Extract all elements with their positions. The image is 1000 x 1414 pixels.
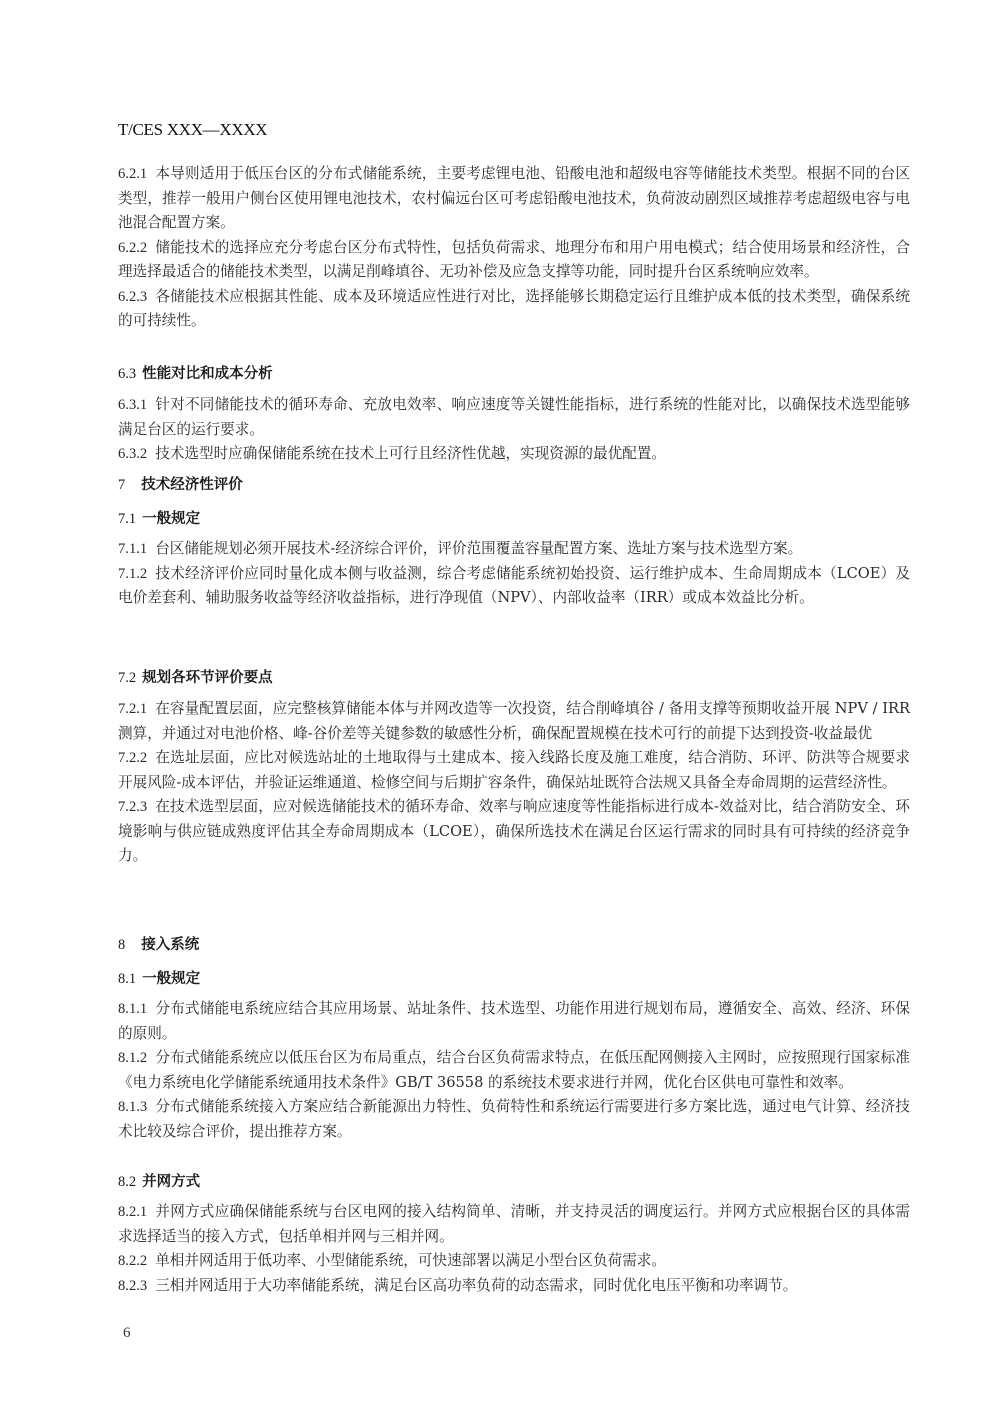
clause-number: 7.1.1 <box>118 541 147 557</box>
heading-number: 7.1 <box>118 511 136 527</box>
heading-number: 7.2 <box>118 670 136 686</box>
clause-7-2-1: 7.2.1在容量配置层面，应完整核算储能本体与并网改造等一次投资，结合削峰填谷 … <box>118 697 910 746</box>
clause-text: 本导则适用于低压台区的分布式储能系统，主要考虑锂电池、铅酸电池和超级电容等储能技… <box>118 165 910 231</box>
clause-number: 7.2.3 <box>118 799 147 815</box>
heading-8: 8接入系统 <box>118 933 199 954</box>
clause-number: 6.2.1 <box>118 166 147 182</box>
clause-text: 在容量配置层面，应完整核算储能本体与并网改造等一次投资，结合削峰填谷 / 备用支… <box>118 700 910 742</box>
heading-6-3: 6.3性能对比和成本分析 <box>118 362 273 383</box>
heading-number: 8.2 <box>118 1174 136 1190</box>
heading-title: 性能对比和成本分析 <box>142 366 273 382</box>
clause-number: 7.2.1 <box>118 701 147 717</box>
clause-8-1-2: 8.1.2分布式储能系统应以低压台区为布局重点，结合台区负荷需求特点，在低压配网… <box>118 1046 910 1095</box>
section-6-2-1-to-6-2-3: 6.2.1本导则适用于低压台区的分布式储能系统，主要考虑锂电池、铅酸电池和超级电… <box>118 162 910 334</box>
clause-number: 8.1.2 <box>118 1050 147 1066</box>
page-number: 6 <box>123 1325 131 1342</box>
clause-text: 在选址层面，应比对候选站址的土地取得与土建成本、接入线路长度及施工难度，结合消防… <box>118 749 910 791</box>
clause-number: 8.2.1 <box>118 1204 147 1220</box>
clause-text: 单相并网适用于低功率、小型储能系统，可快速部署以满足小型台区负荷需求。 <box>155 1252 666 1269</box>
section-7-1-body: 7.1.1台区储能规划必须开展技术-经济综合评价，评价范围覆盖容量配置方案、选址… <box>118 537 910 611</box>
clause-text: 三相并网适用于大功率储能系统，满足台区高功率负荷的动态需求，同时优化电压平衡和功… <box>155 1277 797 1294</box>
section-8-1-body: 8.1.1分布式储能电系统应结合其应用场景、站址条件、技术选型、功能作用进行规划… <box>118 997 910 1144</box>
heading-number: 6.3 <box>118 366 136 382</box>
clause-7-1-1: 7.1.1台区储能规划必须开展技术-经济综合评价，评价范围覆盖容量配置方案、选址… <box>118 537 910 562</box>
clause-6-2-3: 6.2.3各储能技术应根据其性能、成本及环境适应性进行对比，选择能够长期稳定运行… <box>118 285 910 334</box>
clause-6-2-2: 6.2.2储能技术的选择应充分考虑台区分布式特性，包括负荷需求、地理分布和用户用… <box>118 236 910 285</box>
clause-number: 7.1.2 <box>118 566 147 582</box>
clause-7-2-2: 7.2.2在选址层面，应比对候选站址的土地取得与土建成本、接入线路长度及施工难度… <box>118 746 910 795</box>
clause-8-1-3: 8.1.3分布式储能系统接入方案应结合新能源出力特性、负荷特性和系统运行需要进行… <box>118 1095 910 1144</box>
heading-8-2: 8.2并网方式 <box>118 1170 200 1191</box>
heading-title: 一般规定 <box>142 511 200 527</box>
clause-number: 6.2.2 <box>118 240 147 256</box>
section-6-3-body: 6.3.1针对不同储能技术的循环寿命、充放电效率、响应速度等关键性能指标，进行系… <box>118 393 910 467</box>
clause-text: 技术经济评价应同时量化成本侧与收益测，综合考虑储能系统初始投资、运行维护成本、生… <box>118 565 910 607</box>
section-7-2-body: 7.2.1在容量配置层面，应完整核算储能本体与并网改造等一次投资，结合削峰填谷 … <box>118 697 910 869</box>
heading-number: 8.1 <box>118 971 136 987</box>
clause-8-2-1: 8.2.1并网方式应确保储能系统与台区电网的接入结构简单、清晰，并支持灵活的调度… <box>118 1200 910 1249</box>
clause-7-2-3: 7.2.3在技术选型层面，应对候选储能技术的循环寿命、效率与响应速度等性能指标进… <box>118 795 910 869</box>
clause-6-3-2: 6.3.2技术选型时应确保储能系统在技术上可行且经济性优越，实现资源的最优配置。 <box>118 442 910 467</box>
heading-title: 接入系统 <box>141 937 199 953</box>
clause-text: 分布式储能系统应以低压台区为布局重点，结合台区负荷需求特点，在低压配网侧接入主网… <box>118 1049 910 1091</box>
clause-number: 6.3.2 <box>118 446 147 462</box>
heading-title: 规划各环节评价要点 <box>142 670 273 686</box>
clause-number: 8.2.2 <box>118 1253 147 1269</box>
clause-7-1-2: 7.1.2技术经济评价应同时量化成本侧与收益测，综合考虑储能系统初始投资、运行维… <box>118 562 910 611</box>
clause-text: 储能技术的选择应充分考虑台区分布式特性，包括负荷需求、地理分布和用户用电模式；结… <box>118 239 910 281</box>
heading-7-1: 7.1一般规定 <box>118 507 200 528</box>
clause-number: 6.2.3 <box>118 289 147 305</box>
heading-number: 8 <box>118 937 125 953</box>
clause-6-2-1: 6.2.1本导则适用于低压台区的分布式储能系统，主要考虑锂电池、铅酸电池和超级电… <box>118 162 910 236</box>
clause-8-2-3: 8.2.3三相并网适用于大功率储能系统，满足台区高功率负荷的动态需求，同时优化电… <box>118 1274 910 1299</box>
heading-number: 7 <box>118 477 125 493</box>
heading-title: 并网方式 <box>142 1174 200 1190</box>
clause-6-3-1: 6.3.1针对不同储能技术的循环寿命、充放电效率、响应速度等关键性能指标，进行系… <box>118 393 910 442</box>
clause-number: 6.3.1 <box>118 397 147 413</box>
clause-text: 分布式储能系统接入方案应结合新能源出力特性、负荷特性和系统运行需要进行多方案比选… <box>118 1098 910 1140</box>
clause-text: 在技术选型层面，应对候选储能技术的循环寿命、效率与响应速度等性能指标进行成本-效… <box>118 798 910 864</box>
clause-text: 针对不同储能技术的循环寿命、充放电效率、响应速度等关键性能指标，进行系统的性能对… <box>118 396 910 438</box>
clause-number: 8.1.1 <box>118 1001 147 1017</box>
clause-number: 8.1.3 <box>118 1099 147 1115</box>
heading-title: 一般规定 <box>142 971 200 987</box>
clause-text: 技术选型时应确保储能系统在技术上可行且经济性优越，实现资源的最优配置。 <box>155 445 666 462</box>
heading-7: 7技术经济性评价 <box>118 473 243 494</box>
document-code-header: T/CES XXX—XXXX <box>118 120 267 140</box>
clause-8-1-1: 8.1.1分布式储能电系统应结合其应用场景、站址条件、技术选型、功能作用进行规划… <box>118 997 910 1046</box>
clause-number: 8.2.3 <box>118 1278 147 1294</box>
clause-text: 台区储能规划必须开展技术-经济综合评价，评价范围覆盖容量配置方案、选址方案与技术… <box>155 540 802 557</box>
section-8-2-body: 8.2.1并网方式应确保储能系统与台区电网的接入结构简单、清晰，并支持灵活的调度… <box>118 1200 910 1298</box>
heading-8-1: 8.1一般规定 <box>118 967 200 988</box>
clause-number: 7.2.2 <box>118 750 147 766</box>
clause-8-2-2: 8.2.2单相并网适用于低功率、小型储能系统，可快速部署以满足小型台区负荷需求。 <box>118 1249 910 1274</box>
heading-title: 技术经济性评价 <box>141 477 243 493</box>
clause-text: 并网方式应确保储能系统与台区电网的接入结构简单、清晰，并支持灵活的调度运行。并网… <box>118 1203 910 1245</box>
clause-text: 分布式储能电系统应结合其应用场景、站址条件、技术选型、功能作用进行规划布局，遵循… <box>118 1000 910 1042</box>
clause-text: 各储能技术应根据其性能、成本及环境适应性进行对比，选择能够长期稳定运行且维护成本… <box>118 288 910 330</box>
heading-7-2: 7.2规划各环节评价要点 <box>118 666 273 687</box>
